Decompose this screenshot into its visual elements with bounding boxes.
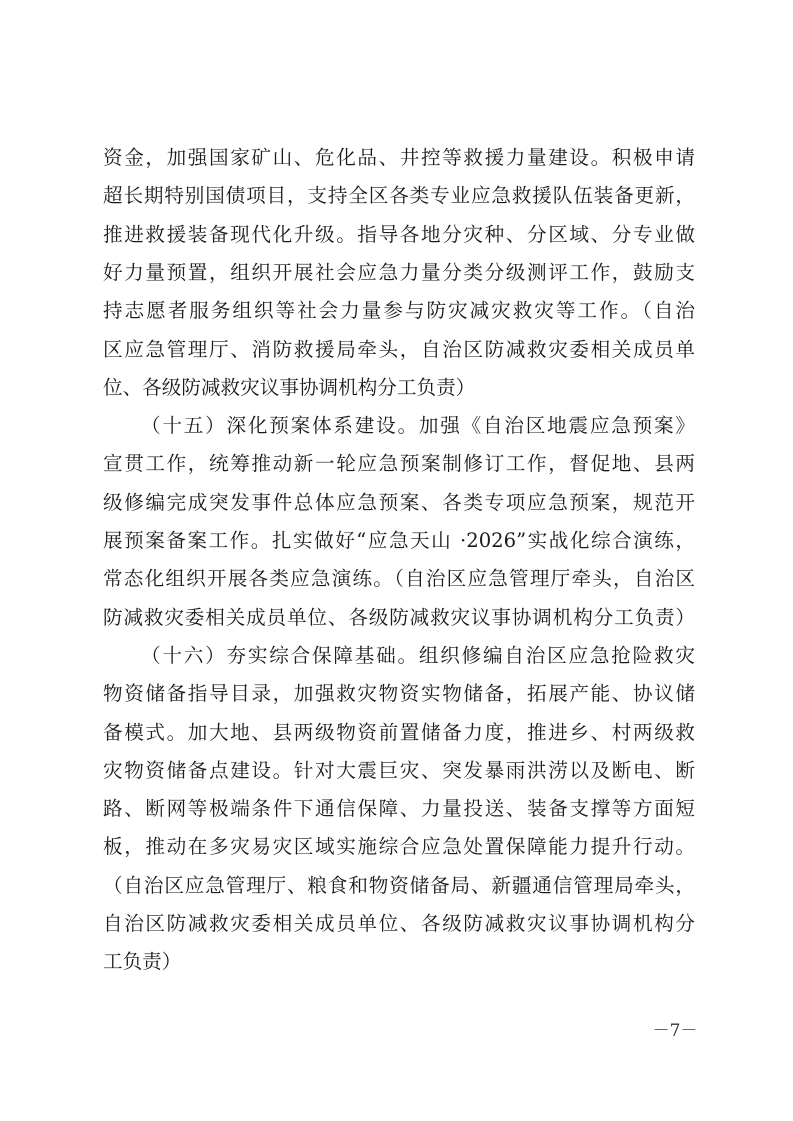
text-line: 持志愿者服务组织等社会力量参与防灾减灾救灾等工作。（自治 [103,292,695,330]
text-line: 级修编完成突发事件总体应急预案、各类专项应急预案，规范开 [103,484,695,522]
text-line: 宣贯工作，统筹推动新一轮应急预案制修订工作，督促地、县两 [103,445,695,483]
text-line: 推进救援装备现代化升级。指导各地分灾种、分区域、分专业做 [103,216,695,254]
text-line: 路、断网等极端条件下通信保障、力量投送、装备支撑等方面短 [103,790,695,828]
text-line: 超长期特别国债项目，支持全区各类专业应急救援队伍装备更新， [103,177,695,215]
text-line: 位、各级防减救灾议事协调机构分工负责） [103,369,695,407]
text-line: 自治区防减救灾委相关成员单位、各级防减救灾议事协调机构分 [103,905,695,943]
text-line: 展预案备案工作。扎实做好“应急天山 ·2026”实战化综合演练， [103,522,695,560]
document-page: 资金，加强国家矿山、危化品、井控等救援力量建设。积极申请超长期特别国债项目，支持… [0,0,793,1121]
paragraph-heading-line: （十五）深化预案体系建设。加强《自治区地震应急预案》 [141,407,695,445]
text-line: 物资储备指导目录，加强救灾物资实物储备，拓展产能、协议储 [103,675,695,713]
text-line: 灾物资储备点建设。针对大震巨灾、突发暴雨洪涝以及断电、断 [103,752,695,790]
page-number: －7－ [650,1016,700,1046]
text-line: 备模式。加大地、县两级物资前置储备力度，推进乡、村两级救 [103,714,695,752]
text-line: 区应急管理厅、消防救援局牵头，自治区防减救灾委相关成员单 [103,331,695,369]
text-line: 资金，加强国家矿山、危化品、井控等救援力量建设。积极申请 [103,139,695,177]
text-line: 防减救灾委相关成员单位、各级防减救灾议事协调机构分工负责） [103,599,695,637]
text-line: 好力量预置，组织开展社会应急力量分类分级测评工作，鼓励支 [103,254,695,292]
text-line: 工负责） [103,943,695,981]
text-line: 板，推动在多灾易灾区域实施综合应急处置保障能力提升行动。 [103,828,695,866]
paragraph-heading-line: （十六）夯实综合保障基础。组织修编自治区应急抢险救灾 [141,637,695,675]
text-line: （自治区应急管理厅、粮食和物资储备局、新疆通信管理局牵头， [103,867,695,905]
text-line: 常态化组织开展各类应急演练。（自治区应急管理厅牵头，自治区 [103,560,695,598]
